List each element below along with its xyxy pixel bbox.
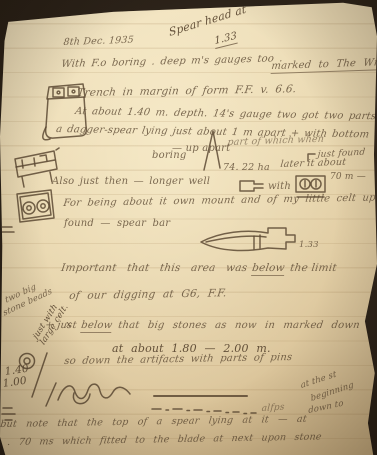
note-line-10a: Important that this area was [60,262,248,274]
note-line-10b-underlined: below [251,262,286,276]
spear-point-sketch [200,128,224,174]
clamp-sketch [237,177,265,193]
bottom-margin-marks [0,404,28,424]
measure-74-22: 74. 22 ha [223,162,270,173]
note-line-10c: the limit [289,262,337,274]
margin-edge-marks [0,224,16,236]
note-line-10: Important that this area was below the l… [62,262,337,276]
note-line-12b-underlined: below [81,320,114,333]
bracket-mark-sketch [305,151,317,163]
paper-sheet: Spear head at 1.33 8th Dec. 1935 With F.… [0,0,377,455]
measure-70m: 70 m — [330,172,366,182]
photo-of-manuscript: Spear head at 1.33 8th Dec. 1935 With F.… [0,0,377,455]
eye-pair-box-sketch [294,174,328,200]
pot-stamp-sketch [36,81,94,151]
note-frag-with: with [268,181,291,192]
margin-x-mark: x [66,320,71,330]
rule-line-sketch [152,392,250,400]
note-line-7: Also just then — longer well [52,176,210,187]
note-frag-alfps: alfps [261,402,285,414]
note-line-12c: that big stones as now in marked down [117,320,360,331]
spiral-stamp-sketch [14,186,56,224]
spearhead-length-label: 1.33 [299,240,319,250]
plan-table-sketch [10,147,60,189]
note-line-9: found — spear bar [64,218,170,229]
spearhead-sketch [198,224,298,258]
note-line-12: + just below that big stones as now in m… [46,320,360,333]
flourish-sketch [42,380,132,408]
dash-dot-line-sketch [150,404,262,418]
